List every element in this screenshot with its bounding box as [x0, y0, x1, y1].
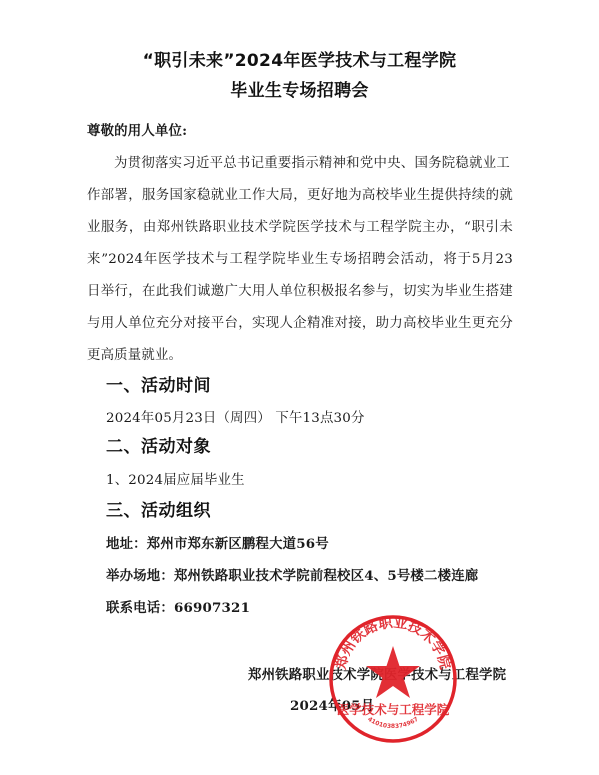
- intro-line: 来”2024年医学技术与工程学院毕业生专场招聘会活动，将于5月23: [87, 248, 513, 267]
- seal-icon: 郑州铁路职业技术学院 医学技术与工程学院 4101038374967: [326, 612, 460, 746]
- intro-line: 作部署，服务国家稳就业工作大局，更好地为高校毕业生提供持续的就: [87, 184, 513, 203]
- document-title-line1: “职引未来”2024年医学技术与工程学院: [0, 46, 599, 71]
- section-heading-audience: 二、活动对象: [106, 432, 211, 457]
- official-seal: 郑州铁路职业技术学院 医学技术与工程学院 4101038374967: [326, 612, 460, 746]
- document-page: “职引未来”2024年医学技术与工程学院 毕业生专场招聘会 尊敬的用人单位: 为…: [0, 0, 599, 775]
- svg-text:医学技术与工程学院: 医学技术与工程学院: [337, 702, 450, 717]
- event-address: 地址：郑州市郑东新区鹏程大道56号: [106, 533, 329, 552]
- event-venue: 举办场地：郑州铁路职业技术学院前程校区4、5号楼二楼连廊: [106, 565, 478, 584]
- intro-line: 日举行，在此我们诚邀广大用人单位积极报名参与，切实为毕业生搭建: [87, 280, 513, 299]
- event-audience: 1、2024届应届毕业生: [106, 469, 245, 488]
- section-heading-organization: 三、活动组织: [106, 496, 211, 521]
- svg-text:4101038374967: 4101038374967: [366, 716, 419, 730]
- event-phone: 联系电话：66907321: [106, 597, 250, 616]
- intro-line: 与用人单位充分对接平台，实现人企精准对接，助力高校毕业生更充分: [87, 312, 513, 331]
- salutation: 尊敬的用人单位:: [87, 120, 187, 139]
- event-time: 2024年05月23日（周四） 下午13点30分: [106, 407, 365, 426]
- intro-line: 业服务，由郑州铁路职业技术学院医学技术与工程学院主办，“职引未: [87, 216, 513, 235]
- section-heading-time: 一、活动时间: [106, 371, 211, 396]
- document-title-line2: 毕业生专场招聘会: [0, 76, 599, 101]
- intro-line: 为贯彻落实习近平总书记重要指示精神和党中央、国务院稳就业工: [114, 152, 510, 171]
- intro-line: 更高质量就业。: [87, 344, 182, 363]
